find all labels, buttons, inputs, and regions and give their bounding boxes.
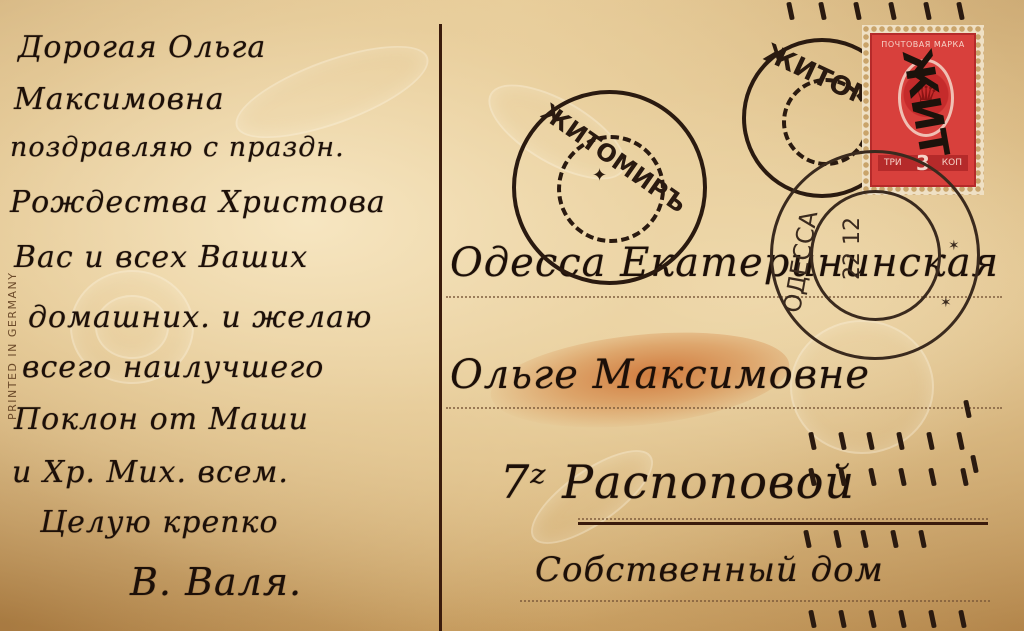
postmark-star: ✦ <box>592 165 607 186</box>
postcard: PRINTED IN GERMANY Дорогая Ольга Максимо… <box>0 0 1024 631</box>
signature: В. Валя. <box>130 560 302 604</box>
address-underline <box>578 522 988 525</box>
postmark-star: ✶ <box>948 238 960 254</box>
message-line: Рождества Христова <box>10 185 386 220</box>
postmark-star: ✶ <box>940 295 952 311</box>
message-line: Поклон от Маши <box>14 402 309 437</box>
center-divider-line <box>439 24 442 631</box>
message-line: домашних. и желаю <box>28 300 372 335</box>
message-line: и Хр. Мих. всем. <box>12 455 289 490</box>
message-line: Максимовна <box>14 82 225 117</box>
address-house: 7ᶻ Распоповой <box>500 455 855 509</box>
postmark-odessa: ОДЕССА 22 12 ✶ ✶ <box>770 150 980 360</box>
address-guide-line <box>578 518 988 520</box>
address-guide-line <box>520 600 990 602</box>
address-recipient: Ольге Максимовне <box>450 352 870 398</box>
message-line: Дорогая Ольга <box>18 30 266 65</box>
printed-in-germany-imprint: PRINTED IN GERMANY <box>6 272 19 420</box>
postmark-zhitomir: ЖИТОМИРЪ ✦ <box>512 90 707 285</box>
message-line: всего наилучшего <box>22 350 324 385</box>
postmark-date: 22 12 <box>840 217 865 280</box>
address-guide-line <box>446 407 1002 409</box>
address-note: Собственный дом <box>535 550 884 590</box>
message-line: Целую крепко <box>40 505 279 540</box>
message-line: Вас и всех Ваших <box>14 240 308 275</box>
message-line: поздравляю с праздн. <box>10 132 345 163</box>
